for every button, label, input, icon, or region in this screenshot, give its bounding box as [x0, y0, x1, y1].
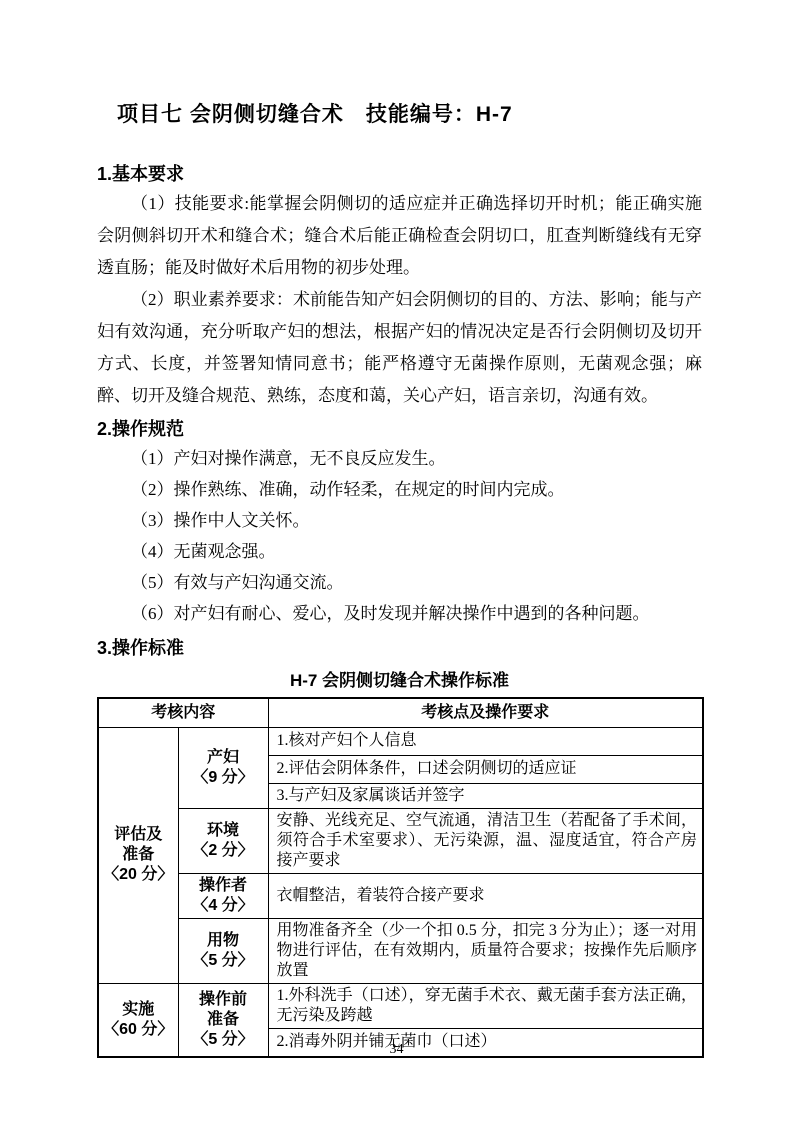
- document-page: 项目七 会阴侧切缝合术 技能编号：H-7 1.基本要求 （1）技能要求:能掌握会…: [0, 0, 793, 1122]
- table-header-row: 考核内容 考核点及操作要求: [98, 698, 703, 727]
- operation-spec-list: （1）产妇对操作满意，无不良反应发生。 （2）操作熟练、准确，动作轻柔，在规定的…: [97, 443, 702, 629]
- paragraph-professional-requirements: （2）职业素养要求：术前能告知产妇会阴侧切的目的、方法、影响；能与产妇有效沟通，…: [97, 284, 702, 412]
- table-row: 用物 〈5 分〉 用物准备齐全（少一个扣 0.5 分，扣完 3 分为止）；逐一对…: [98, 918, 703, 983]
- table-row: 实施 〈60 分〉 操作前 准备 〈5 分〉 1.外科洗手（口述），穿无菌手术衣…: [98, 983, 703, 1028]
- requirement-cell: 3.与产妇及家属谈话并签字: [268, 783, 703, 808]
- score-item-cell-environment: 环境 〈2 分〉: [178, 808, 268, 873]
- score-item-cell-operator: 操作者 〈4 分〉: [178, 873, 268, 918]
- document-content: 项目七 会阴侧切缝合术 技能编号：H-7 1.基本要求 （1）技能要求:能掌握会…: [97, 0, 702, 1058]
- score-item-cell-mother: 产妇 〈9 分〉: [178, 727, 268, 808]
- list-item: （6）对产妇有耐心、爱心，及时发现并解决操作中遇到的各种问题。: [97, 598, 702, 629]
- section-heading-operation-standard: 3.操作标准: [97, 634, 702, 662]
- requirement-cell: 1.外科洗手（口述），穿无菌手术衣、戴无菌手套方法正确，无污染及跨越: [268, 983, 703, 1028]
- score-item-cell-supplies: 用物 〈5 分〉: [178, 918, 268, 983]
- column-header-assessment-points: 考核点及操作要求: [268, 698, 703, 727]
- list-item: （5）有效与产妇沟通交流。: [97, 567, 702, 598]
- requirement-cell: 安静、光线充足、空气流通，清洁卫生（若配备了手术间，须符合手术室要求）、无污染源…: [268, 808, 703, 873]
- requirement-cell: 用物准备齐全（少一个扣 0.5 分，扣完 3 分为止）；逐一对用物进行评估，在有…: [268, 918, 703, 983]
- paragraph-skill-requirements: （1）技能要求:能掌握会阴侧切的适应症并正确选择切开时机；能正确实施会阴侧斜切开…: [97, 188, 702, 284]
- page-title: 项目七 会阴侧切缝合术 技能编号：H-7: [117, 100, 702, 130]
- page-number: 34: [0, 1041, 793, 1059]
- score-group-cell-evaluation-preparation: 评估及 准备 〈20 分〉: [98, 727, 178, 983]
- requirement-cell: 2.评估会阴体条件，口述会阴侧切的适应证: [268, 755, 703, 783]
- table-row: 操作者 〈4 分〉 衣帽整洁，着装符合接产要求: [98, 873, 703, 918]
- operation-standard-table: 考核内容 考核点及操作要求 评估及 准备 〈20 分〉 产妇 〈9 分〉 1.核…: [97, 697, 704, 1058]
- list-item: （1）产妇对操作满意，无不良反应发生。: [97, 443, 702, 474]
- table-row: 环境 〈2 分〉 安静、光线充足、空气流通，清洁卫生（若配备了手术间，须符合手术…: [98, 808, 703, 873]
- section-heading-operation-spec: 2.操作规范: [97, 415, 702, 443]
- section-heading-basic-requirements: 1.基本要求: [97, 160, 702, 188]
- column-header-assessment-content: 考核内容: [98, 698, 268, 727]
- list-item: （3）操作中人文关怀。: [97, 505, 702, 536]
- list-item: （4）无菌观念强。: [97, 536, 702, 567]
- list-item: （2）操作熟练、准确，动作轻柔，在规定的时间内完成。: [97, 474, 702, 505]
- table-title: H-7 会阴侧切缝合术操作标准: [97, 670, 702, 692]
- requirement-cell: 衣帽整洁，着装符合接产要求: [268, 873, 703, 918]
- table-row: 评估及 准备 〈20 分〉 产妇 〈9 分〉 1.核对产妇个人信息: [98, 727, 703, 755]
- requirement-cell: 1.核对产妇个人信息: [268, 727, 703, 755]
